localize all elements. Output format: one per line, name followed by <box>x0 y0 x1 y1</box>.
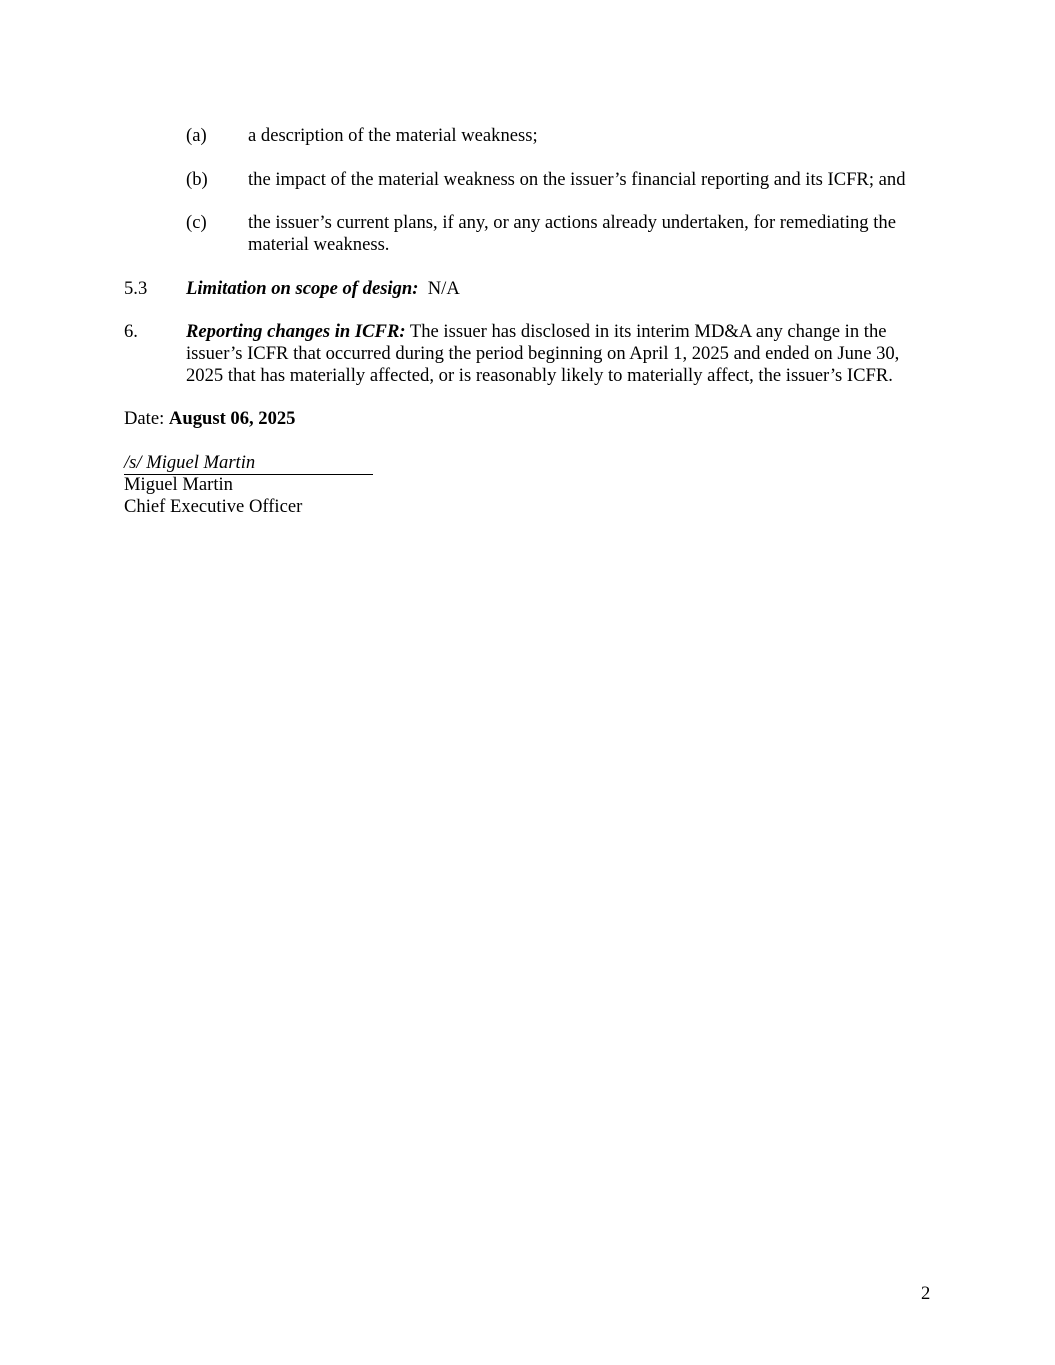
signer-title: Chief Executive Officer <box>124 496 302 518</box>
section-5-3-content: Limitation on scope of design: N/A <box>186 278 460 300</box>
section-6-number: 6. <box>124 321 138 343</box>
item-b-text: the impact of the material weakness on t… <box>248 169 906 191</box>
date-label: Date: <box>124 408 164 429</box>
section-5-3-number: 5.3 <box>124 278 147 300</box>
section-6-heading: Reporting changes in ICFR: <box>186 321 406 342</box>
item-a-label: (a) <box>186 125 207 147</box>
item-a-text: a description of the material weakness; <box>248 125 538 147</box>
signer-name: Miguel Martin <box>124 474 233 496</box>
section-6-line1-text: The issuer has disclosed in its interim … <box>410 321 887 342</box>
section-6-line1: Reporting changes in ICFR: The issuer ha… <box>186 321 887 343</box>
section-6-line2: issuer’s ICFR that occurred during the p… <box>186 343 899 365</box>
item-c-text-line2: material weakness. <box>248 234 389 256</box>
signature: /s/ Miguel Martin <box>124 452 255 474</box>
item-c-text-line1: the issuer’s current plans, if any, or a… <box>248 212 896 234</box>
item-c-label: (c) <box>186 212 207 234</box>
section-6-line3: 2025 that has materially affected, or is… <box>186 365 893 387</box>
item-b-label: (b) <box>186 169 208 191</box>
page-number: 2 <box>921 1283 930 1305</box>
date-value: August 06, 2025 <box>169 408 296 429</box>
section-5-3-heading: Limitation on scope of design: <box>186 278 418 299</box>
section-5-3-value: N/A <box>428 278 460 299</box>
date-line: Date: August 06, 2025 <box>124 408 295 430</box>
